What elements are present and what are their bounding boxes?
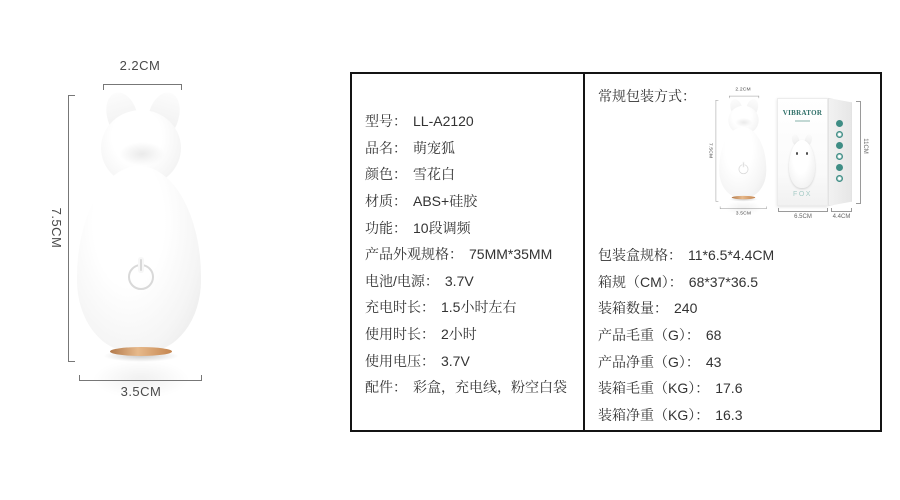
spec-value: 17.6	[715, 380, 742, 396]
box-height-label: 11CM	[858, 133, 868, 159]
power-icon-line	[743, 162, 744, 167]
fox-muzzle-shading	[119, 142, 165, 166]
box-fox-eye-right	[806, 152, 808, 155]
box-brand-text: VIBRATOR	[777, 109, 828, 117]
packaging-section-title: 常规包装方式：	[598, 86, 696, 106]
dimension-line-height	[716, 100, 719, 201]
spec-value: LL-A2120	[413, 113, 474, 129]
dimension-line-height	[68, 95, 75, 362]
dimension-bracket-bottom	[79, 375, 202, 381]
spec-value: 16.3	[715, 407, 742, 423]
spec-label: 功能：	[365, 218, 407, 238]
spec-label: 颜色：	[365, 164, 407, 184]
spec-value: 240	[674, 300, 697, 316]
spec-value: 3.7V	[441, 353, 470, 369]
box-depth-line	[831, 208, 852, 212]
fox-figure-small: 2.2CM 7.5CM 3.5CM	[707, 86, 770, 217]
spec-row-material: 材质： ABS+硅胶	[365, 188, 575, 215]
spec-row-color: 颜色： 雪花白	[365, 161, 575, 188]
spec-value: 雪花白	[413, 164, 455, 184]
spec-label: 使用电压：	[365, 351, 435, 371]
spec-value: 彩盒，充电线，粉空白袋	[413, 377, 567, 397]
box-feature-icon	[836, 131, 843, 138]
spec-row-battery: 电池/电源： 3.7V	[365, 268, 575, 295]
spec-row-function: 功能： 10段调频	[365, 214, 575, 241]
box-feature-icon	[836, 153, 843, 160]
box-product-name-text: FOX	[777, 191, 828, 198]
box-subtitle-mark	[795, 120, 810, 122]
spec-value: 68*37*36.5	[689, 274, 758, 290]
spec-value: 68	[706, 327, 722, 343]
spec-label: 装箱净重（KG）：	[598, 405, 709, 425]
spec-row-carton-size: 箱规（CM）： 68*37*36.5	[598, 269, 878, 296]
box-width-line	[778, 208, 828, 212]
spec-value: 43	[706, 354, 722, 370]
spec-value: 萌宠狐	[413, 138, 455, 158]
spec-label: 品名：	[365, 138, 407, 158]
fox-body	[77, 166, 201, 352]
box-fox-eye-left	[796, 152, 798, 155]
spec-label: 产品净重（G）：	[598, 352, 700, 372]
box-feature-icon	[836, 164, 843, 171]
spec-value: ABS+硅胶	[413, 191, 477, 211]
spec-label: 产品外观规格：	[365, 244, 463, 264]
spec-label: 配件：	[365, 377, 407, 397]
gold-base-ring	[732, 196, 756, 199]
dimension-label-height: 7.5CM	[50, 198, 64, 258]
spec-row-net-weight: 产品净重（G）： 43	[598, 348, 878, 375]
spec-value: 1.5小时左右	[441, 297, 516, 317]
spec-row-carton-qty: 装箱数量： 240	[598, 295, 878, 322]
dimension-bracket-bottom	[720, 206, 767, 208]
table-column-divider	[583, 72, 585, 432]
spec-label: 箱规（CM）：	[598, 272, 683, 292]
spec-label: 充电时长：	[365, 297, 435, 317]
spec-label: 装箱毛重（KG）：	[598, 378, 709, 398]
spec-label: 使用时长：	[365, 324, 435, 344]
spec-label: 包装盒规格：	[598, 245, 682, 265]
dimension-bracket-top	[729, 96, 759, 98]
spec-row-voltage: 使用电压： 3.7V	[365, 347, 575, 374]
dimension-label-bottom: 3.5CM	[91, 384, 191, 399]
product-spec-sheet: 2.2CM 7.5CM 3.5CM 型号： LL-A2120 品名：	[0, 0, 900, 500]
box-feature-icon	[836, 142, 843, 149]
spec-row-gross-weight: 产品毛重（G）： 68	[598, 322, 878, 349]
box-feature-icon	[836, 175, 843, 182]
spec-label: 产品毛重（G）：	[598, 325, 700, 345]
product-spec-list: 型号： LL-A2120 品名： 萌宠狐 颜色： 雪花白 材质： ABS+硅胶 …	[365, 108, 575, 401]
spec-label: 型号：	[365, 111, 407, 131]
spec-row-product-name: 品名： 萌宠狐	[365, 135, 575, 162]
box-feature-icons	[836, 120, 843, 182]
spec-value: 11*6.5*4.4CM	[688, 247, 774, 263]
dimension-label-top: 2.2CM	[724, 86, 762, 92]
box-width-label: 6.5CM	[778, 214, 828, 220]
packaging-spec-list: 包装盒规格： 11*6.5*4.4CM 箱规（CM）： 68*37*36.5 装…	[598, 242, 878, 428]
dimension-label-height: 7.5CM	[709, 139, 714, 162]
spec-label: 材质：	[365, 191, 407, 211]
box-depth-label: 4.4CM	[831, 214, 852, 220]
spec-row-usage-time: 使用时长： 2小时	[365, 321, 575, 348]
spec-value: 2小时	[441, 324, 477, 344]
spec-value: 10段调频	[413, 218, 471, 238]
spec-value: 3.7V	[445, 273, 474, 289]
spec-row-model: 型号： LL-A2120	[365, 108, 575, 135]
spec-label: 装箱数量：	[598, 298, 668, 318]
spec-label: 电池/电源：	[365, 271, 439, 291]
spec-row-accessories: 配件： 彩盒，充电线，粉空白袋	[365, 374, 575, 401]
fox-figure: 2.2CM 7.5CM 3.5CM	[45, 58, 210, 403]
fox-muzzle-shading	[735, 118, 752, 127]
box-feature-icon	[836, 120, 843, 127]
gold-base-ring	[110, 347, 172, 356]
spec-row-carton-gross: 装箱毛重（KG）： 17.6	[598, 375, 878, 402]
dimension-bracket-top	[103, 84, 182, 90]
product-photo-large: 2.2CM 7.5CM 3.5CM	[45, 58, 210, 403]
spec-row-carton-net: 装箱净重（KG）： 16.3	[598, 402, 878, 429]
packaging-product-photo: 2.2CM 7.5CM 3.5CM	[707, 86, 770, 217]
dimension-label-top: 2.2CM	[90, 58, 190, 73]
spec-row-charge-time: 充电时长： 1.5小时左右	[365, 294, 575, 321]
spec-row-dimensions: 产品外观规格： 75MM*35MM	[365, 241, 575, 268]
power-icon-line	[140, 259, 142, 271]
spec-row-box-size: 包装盒规格： 11*6.5*4.4CM	[598, 242, 878, 269]
box-fox-image	[789, 140, 815, 188]
dimension-label-bottom: 3.5CM	[724, 210, 762, 216]
spec-value: 75MM*35MM	[469, 246, 552, 262]
